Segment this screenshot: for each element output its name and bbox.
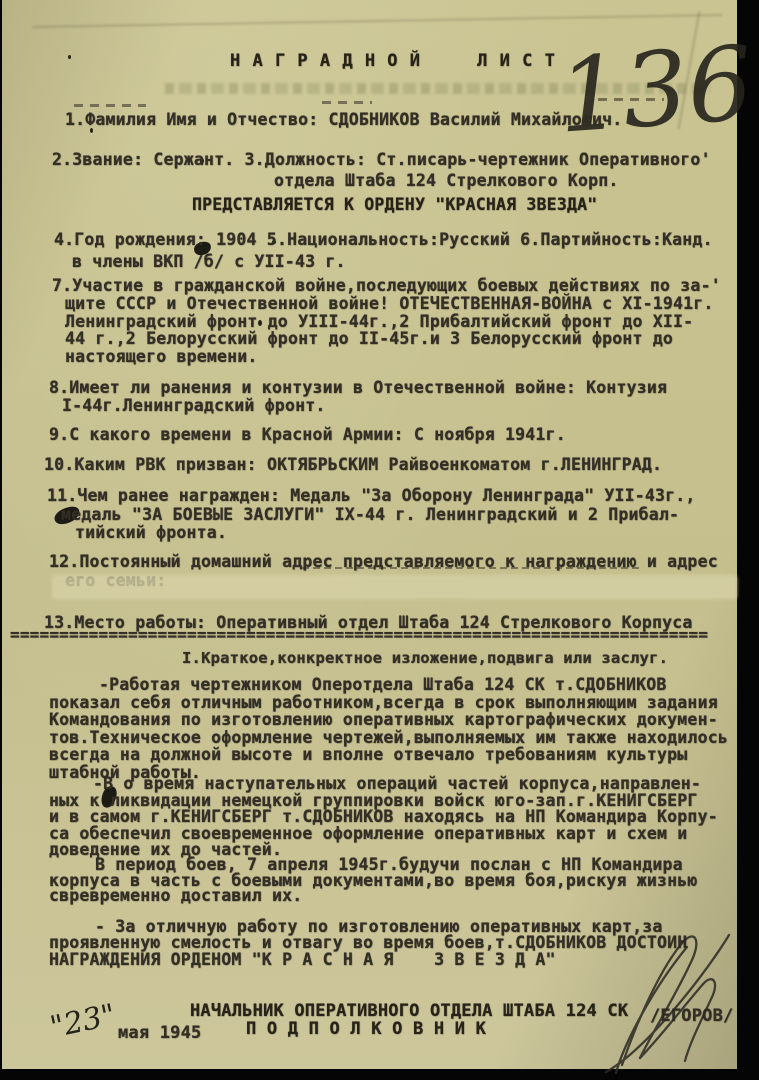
citation-heading: I.Краткое,конкректное изложение,подвига … bbox=[182, 649, 668, 667]
date-day-handwritten: "23" bbox=[47, 998, 119, 1046]
field-wounds: 8.Имеет ли ранения и контузии в Отечеств… bbox=[49, 379, 667, 415]
ink-speck bbox=[68, 55, 71, 59]
document-title: Н А Г Р А Д Н О Й Л И С Т bbox=[230, 52, 556, 70]
field-war-participation: 7.Участие в гражданской войне,последующи… bbox=[52, 277, 721, 366]
typewriter-dash-marks bbox=[74, 104, 146, 107]
signature-scrawl bbox=[592, 925, 752, 1075]
award-sheet-page: Н А Г Р А Д Н О Й Л И С Т 136 1.Фамилия … bbox=[2, 0, 737, 1069]
field-name: 1.Фамилия Имя и Отчество: СДОБНИКОВ Васи… bbox=[65, 111, 622, 129]
field-birth-nationality-party: 4.Год рождения: 1904 5.Национальность:Ру… bbox=[54, 229, 713, 273]
field-prior-awards: 11.Чем ранее награжден: Медаль "За Оборо… bbox=[47, 487, 696, 543]
typewriter-dash-marks bbox=[322, 101, 372, 104]
citation-paragraph: -Работая чертежником Оперотдела Штаба 12… bbox=[49, 676, 728, 782]
award-heading: ПРЕДСТАВЛЯЕТСЯ К ОРДЕНУ "КРАСНАЯ ЗВЕЗДА" bbox=[192, 196, 597, 214]
scanned-document-view: { "document": { "title": "Н А Г Р А Д Н … bbox=[0, 0, 759, 1080]
divider-line: ========================================… bbox=[10, 626, 708, 644]
field-draft-office: 10.Каким РВК призван: ОКТЯБРЬСКИМ Райвое… bbox=[44, 456, 662, 474]
citation-paragraph: В период боев, 7 апреля 1945г.будучи пос… bbox=[49, 857, 698, 904]
field-service-start: 9.С какого времени в Красной Армии: С но… bbox=[49, 426, 566, 444]
footer-position: НАЧАЛЬНИК ОПЕРАТИВНОГО ОТДЕЛА ШТАБА 124 … bbox=[190, 1002, 628, 1020]
redaction-mark bbox=[52, 575, 737, 599]
date-text: мая 1945 bbox=[118, 1024, 201, 1042]
footer-rank: П О Д П О Л К О В Н И К bbox=[246, 1020, 486, 1038]
field-rank-position: 2.Звание: Сержант. 3.Должность: Ст.писар… bbox=[52, 149, 711, 191]
paper-crease bbox=[32, 14, 722, 28]
citation-paragraph: -В о время наступательных операций часте… bbox=[49, 776, 718, 859]
page-number-handwritten: 136 bbox=[555, 33, 756, 148]
